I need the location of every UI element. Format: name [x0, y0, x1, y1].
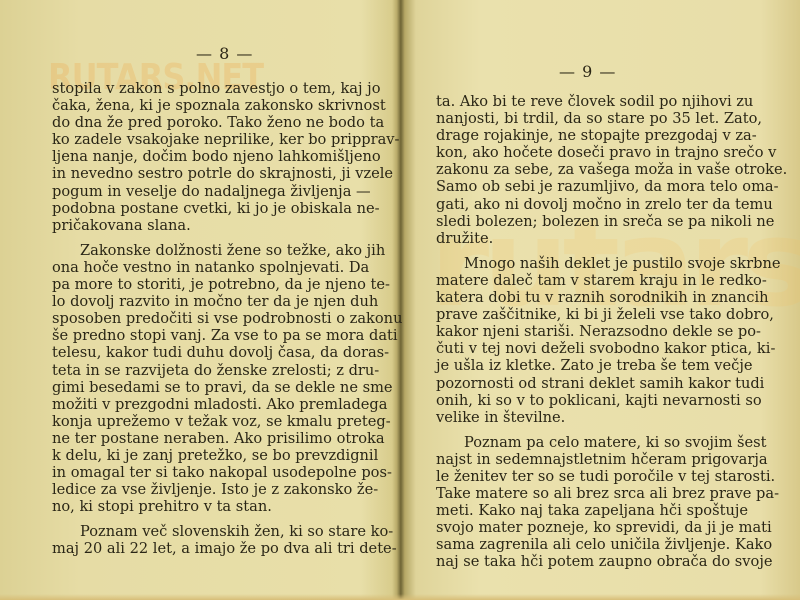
text-line: še predno stopi vanj. Za vse to pa se mo… [52, 327, 364, 344]
text-line: pa more to storiti, je potrebno, da je n… [52, 276, 364, 293]
text-line: čuti v tej novi deželi svobodno kakor pt… [436, 340, 748, 357]
text-line: no, ki stopi prehitro v ta stan. [52, 498, 364, 515]
text-line: naj se taka hči potem zaupno obrača do s… [436, 553, 748, 570]
text-line: ona hoče vestno in natanko spolnjevati. … [52, 259, 364, 276]
text-line: pogum in veselje do nadaljnega življenja… [52, 183, 364, 200]
text-line: pozornosti od strani deklet samih kakor … [436, 375, 748, 392]
text-line: gimi besedami se to pravi, da se dekle n… [52, 379, 364, 396]
paragraph-start: Zakonske dolžnosti žene so težke, ako ji… [52, 242, 364, 259]
book-spread: RUTARS.NET rutars.net — 8 — stopila v za… [0, 0, 800, 600]
text-line: podobna postane cvetki, ki jo je obiskal… [52, 200, 364, 217]
text-line: drage rojakinje, ne stopajte prezgodaj v… [436, 127, 748, 144]
paragraph-start: Poznam pa celo matere, ki so svojim šest [436, 434, 748, 451]
text-line: gati, ako ni dovolj močno in zrelo ter d… [436, 196, 748, 213]
text-line: le ženitev ter so se tudi poročile v tej… [436, 468, 748, 485]
paragraph-start: Poznam več slovenskih žen, ki so stare k… [52, 523, 364, 540]
text-line: stopila v zakon s polno zavestjo o tem, … [52, 80, 364, 97]
text-line: ljena nanje, dočim bodo njeno lahkomišlj… [52, 148, 364, 165]
text-line: sposoben predočiti si vse podrobnosti o … [52, 310, 364, 327]
text-line: najst in sedemnajstletnim hčeram prigova… [436, 451, 748, 468]
text-line: teta in se razvijeta do ženske zrelosti;… [52, 362, 364, 379]
text-line: zakonu za sebe, za vašega moža in vaše o… [436, 161, 748, 178]
text-line: družite. [436, 230, 748, 247]
text-line: čaka, žena, ki je spoznala zakonsko skri… [52, 97, 364, 114]
text-line: kon, ako hočete doseči pravo in trajno s… [436, 144, 748, 161]
text-line: kakor njeni stariši. Nerazsodno dekle se… [436, 323, 748, 340]
page-body: ta. Ako bi te reve človek sodil po njiho… [436, 93, 748, 571]
page-number: — 9 — [559, 62, 616, 81]
left-page: — 8 — stopila v zakon s polno zavestjo o… [0, 0, 398, 600]
text-line: možiti v prezgodni mladosti. Ako premlad… [52, 396, 364, 413]
text-line: velike in številne. [436, 409, 748, 426]
text-line: in omagal ter si tako nakopal usodepolne… [52, 464, 364, 481]
text-line: sama zagrenila ali celo uničila življenj… [436, 536, 748, 553]
text-line: meti. Kako naj taka zapeljana hči spoštu… [436, 502, 748, 519]
text-line: ko zadele vsakojake neprilike, ker bo pr… [52, 131, 364, 148]
text-line: k delu, ki je zanj pretežko, se bo prevz… [52, 447, 364, 464]
text-line: ta. Ako bi te reve človek sodil po njiho… [436, 93, 748, 110]
text-line: je ušla iz kletke. Zato je treba še tem … [436, 357, 748, 374]
text-line: matere daleč tam v starem kraju in le re… [436, 272, 748, 289]
text-line: ne ter postane neraben. Ako prisilimo ot… [52, 430, 364, 447]
page-bottom-edge [0, 594, 800, 600]
text-line: Take matere so ali brez srca ali brez pr… [436, 485, 748, 502]
text-line: prave zaščitnike, ki bi ji želeli vse ta… [436, 306, 748, 323]
page-number: — 8 — [196, 44, 253, 63]
text-line: do dna že pred poroko. Tako ženo ne bodo… [52, 114, 364, 131]
text-line: telesu, kakor tudi duhu dovolj časa, da … [52, 344, 364, 361]
text-line: Samo ob sebi je razumljivo, da mora telo… [436, 178, 748, 195]
paragraph-start: Mnogo naših deklet je pustilo svoje skrb… [436, 255, 748, 272]
text-line: maj 20 ali 22 let, a imajo že po dva ali… [52, 540, 364, 557]
right-page: — 9 — ta. Ako bi te reve človek sodil po… [402, 0, 800, 600]
text-line: in nevedno sestro potrle do skrajnosti, … [52, 165, 364, 182]
text-line: lo dovolj razvito in močno ter da je nje… [52, 293, 364, 310]
page-body: stopila v zakon s polno zavestjo o tem, … [52, 80, 364, 558]
text-line: svojo mater pozneje, ko sprevidi, da ji … [436, 519, 748, 536]
text-line: onih, ki so v to poklicani, kajti nevarn… [436, 392, 748, 409]
text-line: nanjosti, bi trdil, da so stare po 35 le… [436, 110, 748, 127]
text-line: katera dobi tu v raznih sorodnikih in zn… [436, 289, 748, 306]
text-line: konja uprežemo v težak voz, se kmalu pre… [52, 413, 364, 430]
text-line: ledice za vse življenje. Isto je z zakon… [52, 481, 364, 498]
text-line: pričakovana slana. [52, 217, 364, 234]
text-line: sledi bolezen; bolezen in sreča se pa ni… [436, 213, 748, 230]
